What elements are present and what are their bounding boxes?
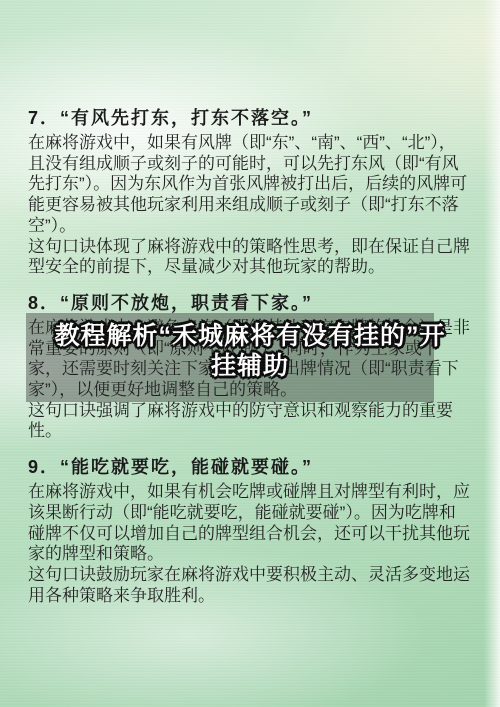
section-8-dimmed-area: 在麻将游戏中，避免点炮（即给其他玩家和牌的机会）是非常重要的原则（即“原则不放炮… <box>28 318 470 401</box>
article-content: 7．“有风先打东，打东不落空。” 在麻将游戏中，如果有风牌（即“东”、“南”、“… <box>0 0 500 606</box>
section-9-paragraph-summary: 这句口诀鼓励玩家在麻将游戏中要积极主动、灵活多变地运用各种策略来争取胜利。 <box>28 565 470 606</box>
article-page: 7．“有风先打东，打东不落空。” 在麻将游戏中，如果有风牌（即“东”、“南”、“… <box>0 0 500 707</box>
section-9-heading: 9．“能吃就要吃，能碰就要碰。” <box>28 455 470 479</box>
section-8-heading: 8．“原则不放炮，职责看下家。” <box>28 291 470 315</box>
section-8-paragraph-explanation: 在麻将游戏中，避免点炮（即给其他玩家和牌的机会）是非常重要的原则（即“原则不放炮… <box>28 318 470 401</box>
section-7-paragraph-explanation: 在麻将游戏中，如果有风牌（即“东”、“南”、“西”、“北”），且没有组成顺子或刻… <box>28 133 470 237</box>
section-8-paragraph-summary: 这句口诀强调了麻将游戏中的防守意识和观察能力的重要性。 <box>28 401 470 442</box>
section-9-paragraph-explanation: 在麻将游戏中，如果有机会吃牌或碰牌且对牌型有利时，应该果断行动（即“能吃就要吃，… <box>28 482 470 565</box>
section-tip-9: 9．“能吃就要吃，能碰就要碰。” 在麻将游戏中，如果有机会吃牌或碰牌且对牌型有利… <box>28 455 470 606</box>
section-tip-7: 7．“有风先打东，打东不落空。” 在麻将游戏中，如果有风牌（即“东”、“南”、“… <box>28 106 470 278</box>
section-7-paragraph-summary: 这句口诀体现了麻将游戏中的策略性思考，即在保证自己牌型安全的前提下，尽量减少对其… <box>28 237 470 278</box>
section-7-heading: 7．“有风先打东，打东不落空。” <box>28 106 470 130</box>
section-tip-8: 8．“原则不放炮，职责看下家。” 在麻将游戏中，避免点炮（即给其他玩家和牌的机会… <box>28 291 470 442</box>
